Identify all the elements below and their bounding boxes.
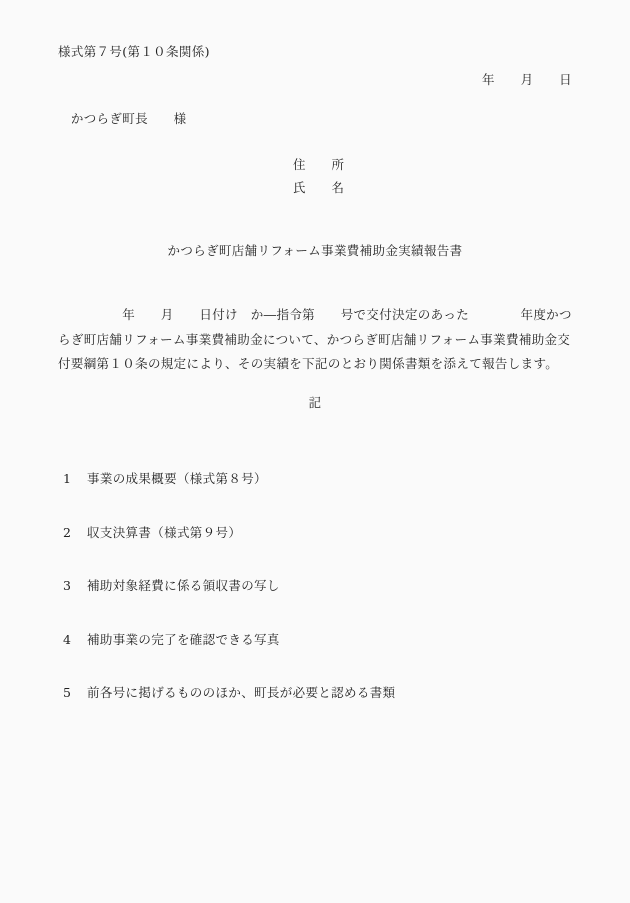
list-item: 5 前各号に掲げるもののほか、町長が必要と認める書類 [58,681,590,705]
form-number: 様式第７号(第１０条関係) [58,44,210,59]
name-label: 氏 名 [293,180,344,195]
body-paragraph-line-2: らぎ町店舗リフォーム事業費補助金について、かつらぎ町店舗リフォーム事業費補助金交 [58,332,570,347]
list-item-number: 3 [58,574,87,598]
list-item-number: 1 [58,467,87,491]
list-item-number: 5 [58,681,87,705]
list-item-text: 収支決算書（様式第９号） [87,521,590,545]
attachment-list: 1 事業の成果概要（様式第８号） 2 収支決算書（様式第９号） 3 補助対象経費… [58,437,590,735]
address-label: 住 所 [293,157,344,172]
list-item: 3 補助対象経費に係る領収書の写し [58,574,590,598]
body-paragraph-line-1: 年 月 日付け か―指令第 号で交付決定のあった 年度かつ [58,307,572,322]
list-item-number: 4 [58,628,87,652]
list-item: 4 補助事業の完了を確認できる写真 [58,628,590,652]
list-item-text: 補助対象経費に係る領収書の写し [87,574,590,598]
list-item-text: 事業の成果概要（様式第８号） [87,467,590,491]
list-item-text: 補助事業の完了を確認できる写真 [87,628,590,652]
recipient-line: かつらぎ町長 様 [58,111,187,126]
body-paragraph-line-3: 付要綱第１０条の規定により、その実績を下記のとおり関係書類を添えて報告します。 [58,356,558,371]
document-title: かつらぎ町店舗リフォーム事業費補助金実績報告書 [0,243,630,258]
list-item-text: 前各号に掲げるもののほか、町長が必要と認める書類 [87,681,590,705]
list-item: 2 収支決算書（様式第９号） [58,521,590,545]
date-line: 年 月 日 [482,72,572,87]
document-page: 様式第７号(第１０条関係) 年 月 日 かつらぎ町長 様 住 所 氏 名 かつら… [0,0,630,903]
ki-heading: 記 [0,395,630,410]
list-item: 1 事業の成果概要（様式第８号） [58,467,590,491]
list-item-number: 2 [58,521,87,545]
